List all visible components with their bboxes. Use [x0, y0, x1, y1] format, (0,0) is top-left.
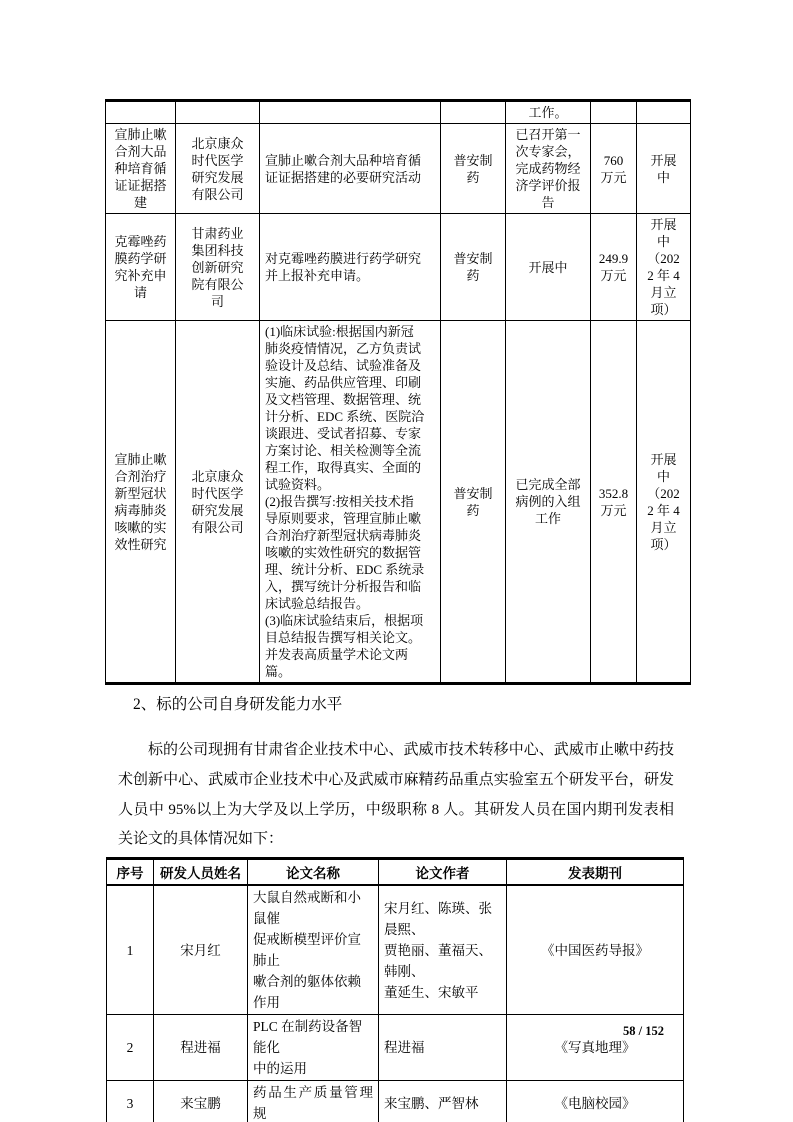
index-cell: 2 [107, 1015, 154, 1081]
project-name-cell: 宣肺止嗽 合剂大品 种培育循 证证据搭 建 [106, 124, 176, 214]
paper-row: 1 宋月红 大鼠自然戒断和小鼠催 促戒断模型评价宣肺止 嗽合剂的躯体依赖作用 宋… [107, 885, 684, 1015]
journal-cell: 《中国医药导报》 [507, 885, 684, 1015]
header-researcher: 研发人员姓名 [154, 859, 248, 886]
partner-cell: 北京康众 时代医学 研究发展 有限公司 [176, 124, 260, 214]
header-paper-title: 论文名称 [248, 859, 379, 886]
project-row: 宣肺止嗽 合剂治疗 新型冠状 病毒肺炎 咳嗽的实 效性研究 北京康众 时代医学 … [106, 321, 691, 684]
paper-title-cell: PLC 在制药设备智能化 中的运用 [248, 1015, 379, 1081]
researcher-cell: 宋月红 [154, 885, 248, 1015]
section-heading: 2、标的公司自身研发能力水平 [133, 695, 342, 715]
header-journal: 发表期刊 [507, 859, 684, 886]
header-index: 序号 [107, 859, 154, 886]
partner-cell: 甘肃药业 集团科技 创新研究 院有限公 司 [176, 214, 260, 321]
papers-header-row: 序号 研发人员姓名 论文名称 论文作者 发表期刊 [107, 859, 684, 886]
carryover-cell [106, 101, 176, 124]
paper-title-cell: 药品生产质量管理规 [248, 1081, 379, 1122]
entrusting-party-cell: 普安制 药 [441, 321, 506, 684]
projects-carryover-row: 工作。 [106, 101, 691, 124]
index-cell: 3 [107, 1081, 154, 1122]
document-page: 工作。 宣肺止嗽 合剂大品 种培育循 证证据搭 建 北京康众 时代医学 研究发展… [0, 0, 793, 1122]
project-name-cell: 宣肺止嗽 合剂治疗 新型冠状 病毒肺炎 咳嗽的实 效性研究 [106, 321, 176, 684]
partner-cell: 北京康众 时代医学 研究发展 有限公司 [176, 321, 260, 684]
content-cell: (1)临床试验:根据国内新冠 肺炎疫情情况，乙方负责试 验设计及总结、试验准备及… [260, 321, 441, 684]
paper-row: 2 程进福 PLC 在制药设备智能化 中的运用 程进福 《写真地理》 [107, 1015, 684, 1081]
carryover-cell [637, 101, 691, 124]
project-row: 宣肺止嗽 合剂大品 种培育循 证证据搭 建 北京康众 时代医学 研究发展 有限公… [106, 124, 691, 214]
authors-cell: 宋月红、陈瑛、张晨熙、 贾艳丽、董福天、韩刚、 董延生、宋敏平 [379, 885, 507, 1015]
authors-cell: 程进福 [379, 1015, 507, 1081]
authors-cell: 来宝鹏、严智林 [379, 1081, 507, 1122]
index-cell: 1 [107, 885, 154, 1015]
project-row: 克霉唑药 膜药学研 究补充申 请 甘肃药业 集团科技 创新研究 院有限公 司 对… [106, 214, 691, 321]
entrusting-party-cell: 普安制 药 [441, 124, 506, 214]
carryover-cell [591, 101, 637, 124]
journal-cell: 《电脑校园》 [507, 1081, 684, 1122]
carryover-cell [260, 101, 441, 124]
progress-cell: 已召开第一 次专家会， 完成药物经 济学评价报 告 [506, 124, 591, 214]
researcher-cell: 程进福 [154, 1015, 248, 1081]
page-number: 58 / 152 [623, 1024, 664, 1039]
content-cell: 对克霉唑药膜进行药学研究 并上报补充申请。 [260, 214, 441, 321]
paper-title-cell: 大鼠自然戒断和小鼠催 促戒断模型评价宣肺止 嗽合剂的躯体依赖作用 [248, 885, 379, 1015]
header-authors: 论文作者 [379, 859, 507, 886]
carryover-progress-cell: 工作。 [506, 101, 591, 124]
amount-cell: 760 万元 [591, 124, 637, 214]
entrusting-party-cell: 普安制 药 [441, 214, 506, 321]
progress-cell: 已完成全部 病例的入组 工作 [506, 321, 591, 684]
amount-cell: 352.8 万元 [591, 321, 637, 684]
carryover-cell [441, 101, 506, 124]
projects-table: 工作。 宣肺止嗽 合剂大品 种培育循 证证据搭 建 北京康众 时代医学 研究发展… [105, 99, 691, 685]
status-cell: 开展 中 （202 2 年 4 月立 项） [637, 321, 691, 684]
body-paragraph: 标的公司现拥有甘肃省企业技术中心、武威市技术转移中心、武威市止嗽中药技术创新中心… [118, 736, 674, 855]
status-cell: 开展 中 （202 2 年 4 月立 项） [637, 214, 691, 321]
project-name-cell: 克霉唑药 膜药学研 究补充申 请 [106, 214, 176, 321]
content-cell: 宣肺止嗽合剂大品种培育循 证证据搭建的必要研究活动 [260, 124, 441, 214]
carryover-cell [176, 101, 260, 124]
researcher-cell: 来宝鹏 [154, 1081, 248, 1122]
status-cell: 开展 中 [637, 124, 691, 214]
paper-row: 3 来宝鹏 药品生产质量管理规 来宝鹏、严智林 《电脑校园》 [107, 1081, 684, 1122]
papers-table: 序号 研发人员姓名 论文名称 论文作者 发表期刊 1 宋月红 大鼠自然戒断和小鼠… [106, 857, 684, 1122]
amount-cell: 249.9 万元 [591, 214, 637, 321]
progress-cell: 开展中 [506, 214, 591, 321]
